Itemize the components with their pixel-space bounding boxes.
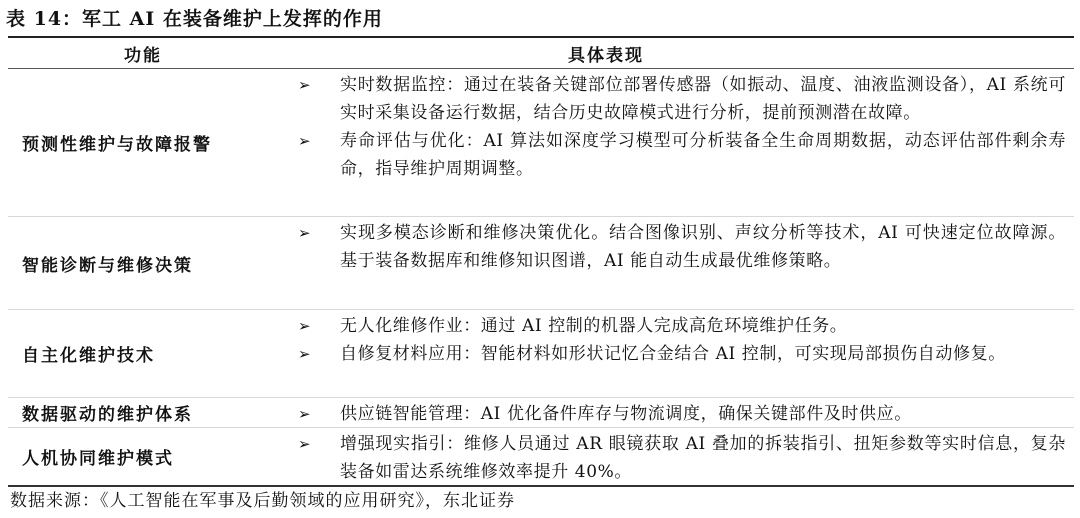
bullet-item: ➢ 增强现实指引：维修人员通过 AR 眼镜获取 AI 叠加的拆装指引、扭矩参数等… (278, 430, 1066, 486)
bullet-text: 自修复材料应用：智能材料如形状记忆合金结合 AI 控制，可实现局部损伤自动修复。 (340, 340, 1066, 368)
function-cell: 人机协同维护模式 (8, 428, 278, 485)
maintenance-table: 功能 具体表现 预测性维护与故障报警 ➢ 实时数据监控：通过在装备关键部位部署传… (8, 38, 1074, 487)
function-cell: 自主化维护技术 (8, 310, 278, 397)
arrow-bullet-icon: ➢ (278, 340, 340, 368)
description-cell: ➢ 增强现实指引：维修人员通过 AR 眼镜获取 AI 叠加的拆装指引、扭矩参数等… (278, 428, 1074, 485)
bullet-item: ➢ 实现多模态诊断和维修决策优化。结合图像识别、声纹分析等技术，AI 可快速定位… (278, 219, 1066, 275)
arrow-bullet-icon: ➢ (278, 312, 340, 340)
description-cell: ➢ 实现多模态诊断和维修决策优化。结合图像识别、声纹分析等技术，AI 可快速定位… (278, 217, 1074, 309)
bullet-text: 增强现实指引：维修人员通过 AR 眼镜获取 AI 叠加的拆装指引、扭矩参数等实时… (340, 430, 1066, 486)
function-cell: 智能诊断与维修决策 (8, 217, 278, 309)
bullet-item: ➢ 实时数据监控：通过在装备关键部位部署传感器（如振动、温度、油液监测设备），A… (278, 71, 1066, 127)
bullet-item: ➢ 无人化维修作业：通过 AI 控制的机器人完成高危环境维护任务。 (278, 312, 1066, 340)
function-cell: 预测性维护与故障报警 (8, 69, 278, 216)
table-header-row: 功能 具体表现 (8, 38, 1074, 69)
bullet-text: 实时数据监控：通过在装备关键部位部署传感器（如振动、温度、油液监测设备），AI … (340, 71, 1066, 127)
table-row: 智能诊断与维修决策 ➢ 实现多模态诊断和维修决策优化。结合图像识别、声纹分析等技… (8, 217, 1074, 310)
arrow-bullet-icon: ➢ (278, 127, 340, 183)
arrow-bullet-icon: ➢ (278, 71, 340, 127)
table-row: 自主化维护技术 ➢ 无人化维修作业：通过 AI 控制的机器人完成高危环境维护任务… (8, 310, 1074, 398)
description-cell: ➢ 实时数据监控：通过在装备关键部位部署传感器（如振动、温度、油液监测设备），A… (278, 69, 1074, 216)
source-note: 数据来源：《人工智能在军事及后勤领域的应用研究》，东北证券 (10, 486, 515, 511)
table-row: 预测性维护与故障报警 ➢ 实时数据监控：通过在装备关键部位部署传感器（如振动、温… (8, 69, 1074, 217)
bullet-item: ➢ 供应链智能管理：AI 优化备件库存与物流调度，确保关键部件及时供应。 (278, 400, 1066, 428)
bullet-text: 实现多模态诊断和维修决策优化。结合图像识别、声纹分析等技术，AI 可快速定位故障… (340, 219, 1066, 275)
description-cell: ➢ 供应链智能管理：AI 优化备件库存与物流调度，确保关键部件及时供应。 (278, 398, 1074, 427)
bullet-text: 供应链智能管理：AI 优化备件库存与物流调度，确保关键部件及时供应。 (340, 400, 1066, 428)
table-row: 数据驱动的维护体系 ➢ 供应链智能管理：AI 优化备件库存与物流调度，确保关键部… (8, 398, 1074, 428)
bullet-text: 寿命评估与优化：AI 算法如深度学习模型可分析装备全生命周期数据，动态评估部件剩… (340, 127, 1066, 183)
table-title: 表 14：军工 AI 在装备维护上发挥的作用 (6, 4, 383, 31)
header-description: 具体表现 (278, 38, 1074, 68)
arrow-bullet-icon: ➢ (278, 430, 340, 486)
header-function: 功能 (8, 38, 278, 68)
arrow-bullet-icon: ➢ (278, 400, 340, 428)
description-cell: ➢ 无人化维修作业：通过 AI 控制的机器人完成高危环境维护任务。 ➢ 自修复材… (278, 310, 1074, 397)
table-row: 人机协同维护模式 ➢ 增强现实指引：维修人员通过 AR 眼镜获取 AI 叠加的拆… (8, 428, 1074, 487)
function-cell: 数据驱动的维护体系 (8, 398, 278, 427)
bullet-text: 无人化维修作业：通过 AI 控制的机器人完成高危环境维护任务。 (340, 312, 1066, 340)
bullet-item: ➢ 自修复材料应用：智能材料如形状记忆合金结合 AI 控制，可实现局部损伤自动修… (278, 340, 1066, 368)
arrow-bullet-icon: ➢ (278, 219, 340, 275)
bullet-item: ➢ 寿命评估与优化：AI 算法如深度学习模型可分析装备全生命周期数据，动态评估部… (278, 127, 1066, 183)
